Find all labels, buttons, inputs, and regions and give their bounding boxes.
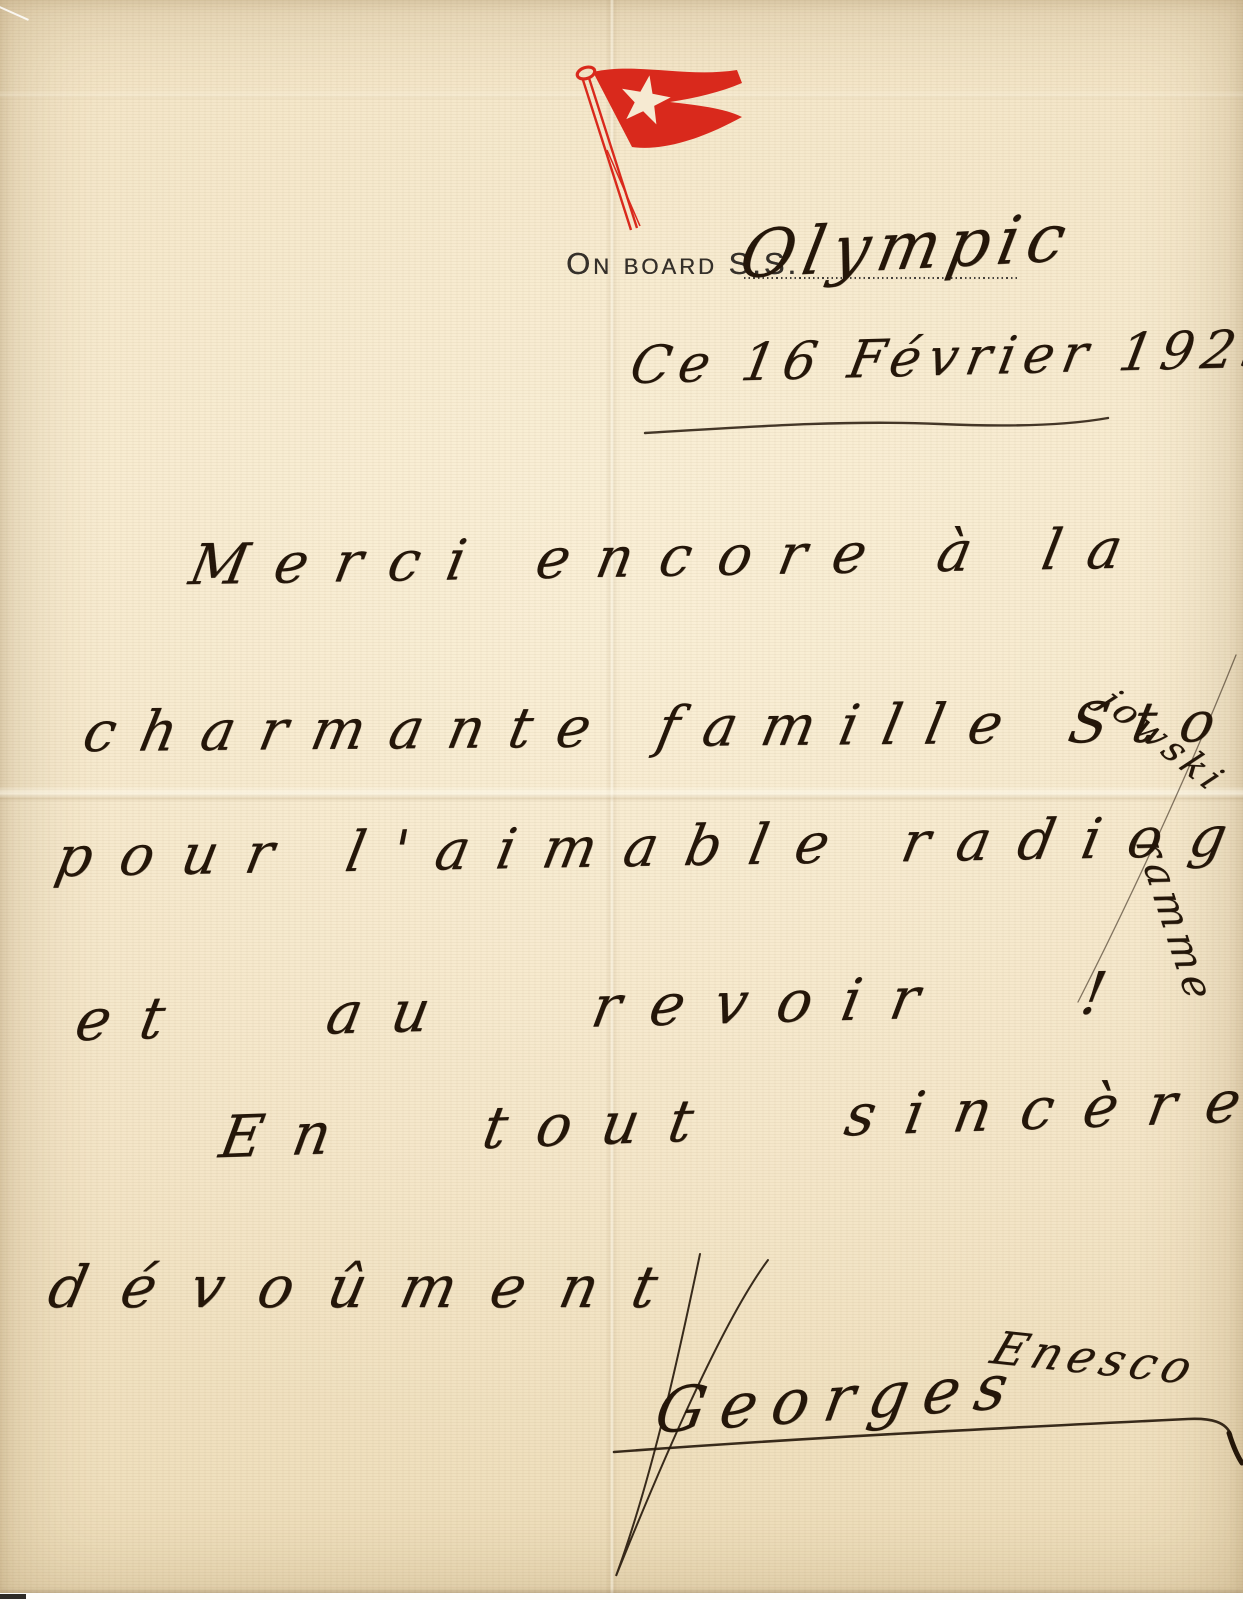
- date-underline-stroke: [645, 418, 1108, 433]
- letter-page: On board S.S. Olympic Ce 16 Février 1923…: [0, 0, 1243, 1600]
- ship-name-handwritten: Olympic: [735, 205, 1079, 289]
- date-handwritten: Ce 16 Février 1923: [626, 323, 1243, 392]
- flag-pole-knob: [576, 65, 597, 81]
- scan-top-edge-artifact: [0, 5, 29, 21]
- flag-halyard-line: [607, 150, 640, 226]
- body-line-1: Merci encore à la: [185, 521, 1154, 594]
- body-line-5: En tout sincère: [216, 1071, 1243, 1166]
- signature-underline-hook-stroke: [1229, 1433, 1242, 1463]
- scan-corner-mark: [0, 1594, 26, 1599]
- body-line-6: dévoûment: [44, 1258, 698, 1316]
- signature-first-name: Georges: [651, 1354, 1028, 1442]
- horizontal-fold-crease: [0, 786, 1243, 802]
- white-star-line-flag-icon: [556, 52, 756, 252]
- body-line-3: pour l'aimable radiog: [51, 809, 1243, 886]
- body-line-2: charmante famille Sto: [79, 695, 1243, 761]
- body-line-4: et au revoir !: [71, 963, 1141, 1049]
- scan-bottom-edge: [0, 1593, 1243, 1600]
- flag-body: [593, 69, 742, 148]
